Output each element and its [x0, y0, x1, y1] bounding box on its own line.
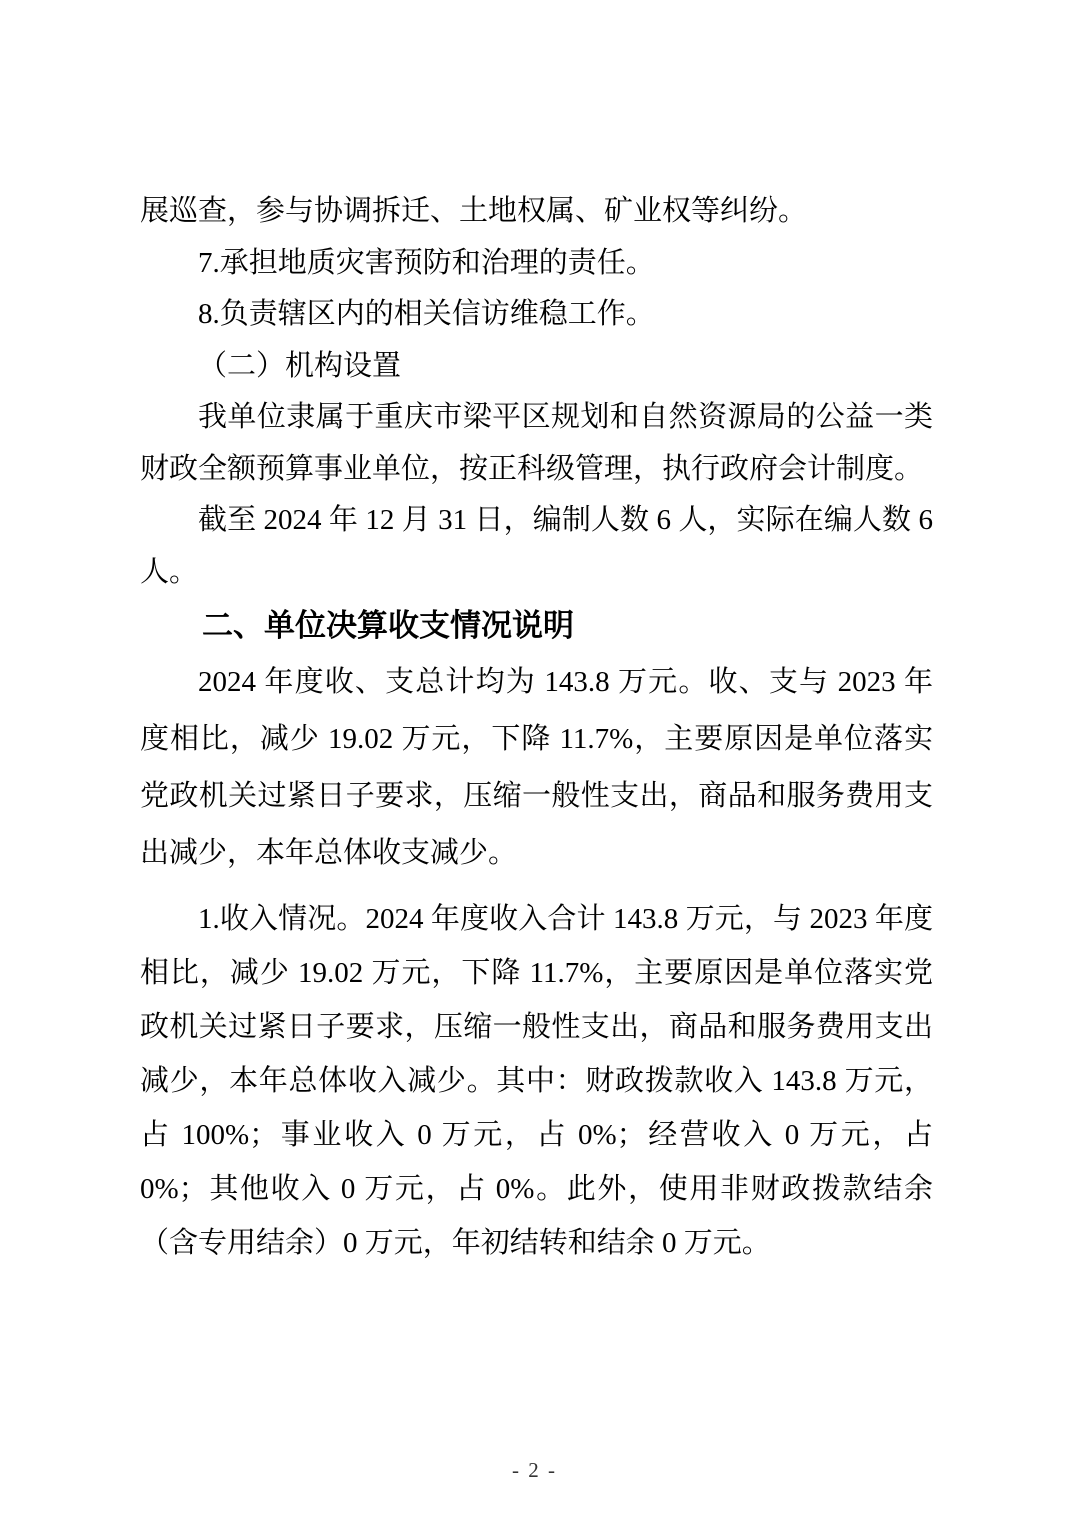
- duty-item-7: 7.承担地质灾害预防和治理的责任。: [140, 238, 933, 290]
- subsection-heading-org-setup: （二）机构设置: [140, 341, 933, 393]
- paragraph-income-detail: 1.收入情况。2024 年度收入合计 143.8 万元，与 2023 年度相比，…: [140, 892, 933, 1270]
- paragraph-overall-balance: 2024 年度收、支总计均为 143.8 万元。收、支与 2023 年度相比，减…: [140, 654, 933, 882]
- paragraph-org-affiliation: 我单位隶属于重庆市梁平区规划和自然资源局的公益一类财政全额预算事业单位，按正科级…: [140, 392, 933, 495]
- paragraph-staffing: 截至 2024 年 12 月 31 日，编制人数 6 人，实际在编人数 6 人。: [140, 495, 933, 598]
- document-page: 展巡查，参与协调拆迁、土地权属、矿业权等纠纷。 7.承担地质灾害预防和治理的责任…: [0, 0, 1069, 1515]
- page-footer: - 2 -: [0, 1458, 1069, 1483]
- section-heading-final-accounts: 二、单位决算收支情况说明: [140, 598, 933, 654]
- duty-item-8: 8.负责辖区内的相关信访维稳工作。: [140, 289, 933, 341]
- page-number: - 2 -: [512, 1458, 557, 1482]
- document-body: 展巡查，参与协调拆迁、土地权属、矿业权等纠纷。 7.承担地质灾害预防和治理的责任…: [140, 186, 933, 1270]
- paragraph-continuation: 展巡查，参与协调拆迁、土地权属、矿业权等纠纷。: [140, 186, 933, 238]
